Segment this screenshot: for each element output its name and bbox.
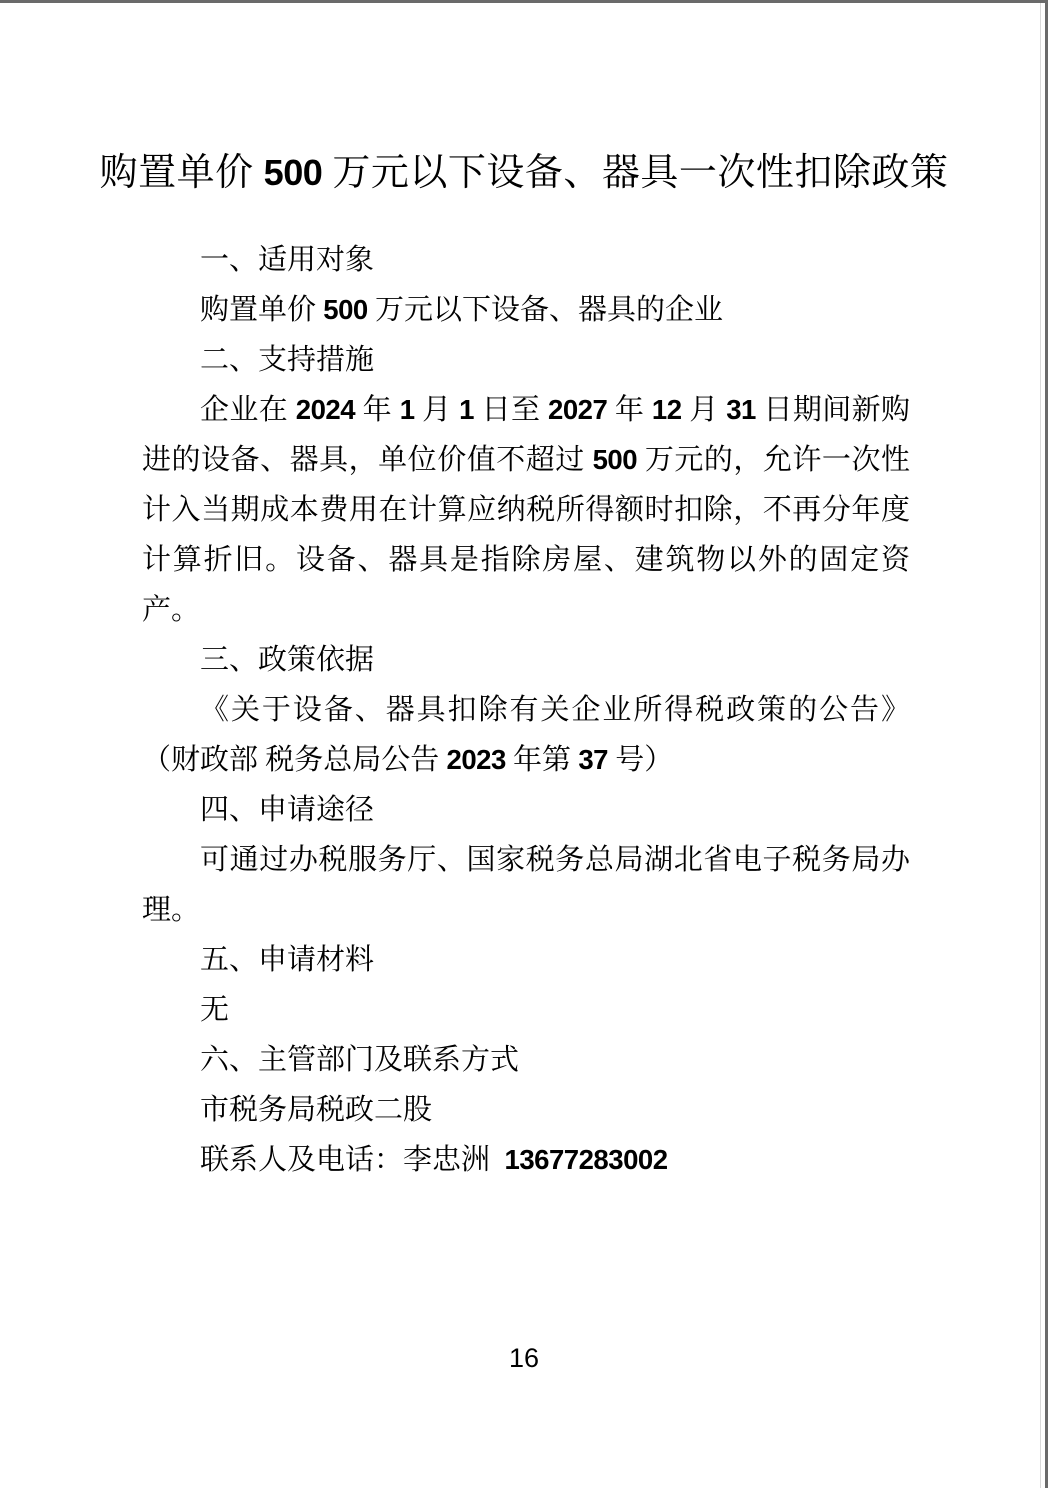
numeric-text: 500 xyxy=(593,444,637,475)
page-number: 16 xyxy=(0,1343,1048,1374)
numeric-text: 31 xyxy=(726,394,756,425)
numeric-text: 2024 xyxy=(296,394,355,425)
document-body: 一、适用对象购置单价 500 万元以下设备、器具的企业二、支持措施企业在 202… xyxy=(142,235,910,1185)
page-edge-inner-line xyxy=(1040,3,1041,1488)
paragraph: 二、支持措施 xyxy=(142,335,910,385)
numeric-text: 500 xyxy=(323,294,367,325)
paragraph: 联系人及电话：李忠洲 13677283002 xyxy=(142,1135,910,1185)
numeric-text: 1 xyxy=(400,394,415,425)
document-title: 购置单价 500 万元以下设备、器具一次性扣除政策 xyxy=(0,141,1048,196)
numeric-text: 2023 xyxy=(447,744,506,775)
paragraph: 《关于设备、器具扣除有关企业所得税政策的公告》（财政部 税务总局公告 2023 … xyxy=(142,685,910,785)
numeric-text: 13677283002 xyxy=(505,1144,668,1175)
paragraph: 五、申请材料 xyxy=(142,935,910,985)
numeric-text: 500 xyxy=(264,152,323,193)
numeric-text: 12 xyxy=(652,394,682,425)
paragraph: 无 xyxy=(142,985,910,1035)
paragraph: 六、主管部门及联系方式 xyxy=(142,1035,910,1085)
numeric-text: 37 xyxy=(578,744,608,775)
paragraph: 一、适用对象 xyxy=(142,235,910,285)
numeric-text: 2027 xyxy=(548,394,607,425)
paragraph: 可通过办税服务厅、国家税务总局湖北省电子税务局办理。 xyxy=(142,835,910,935)
paragraph: 三、政策依据 xyxy=(142,635,910,685)
paragraph: 企业在 2024 年 1 月 1 日至 2027 年 12 月 31 日期间新购… xyxy=(142,385,910,635)
numeric-text: 1 xyxy=(459,394,474,425)
paragraph: 市税务局税政二股 xyxy=(142,1085,910,1135)
document-page: 购置单价 500 万元以下设备、器具一次性扣除政策 一、适用对象购置单价 500… xyxy=(0,0,1048,1488)
paragraph: 四、申请途径 xyxy=(142,785,910,835)
paragraph: 购置单价 500 万元以下设备、器具的企业 xyxy=(142,285,910,335)
